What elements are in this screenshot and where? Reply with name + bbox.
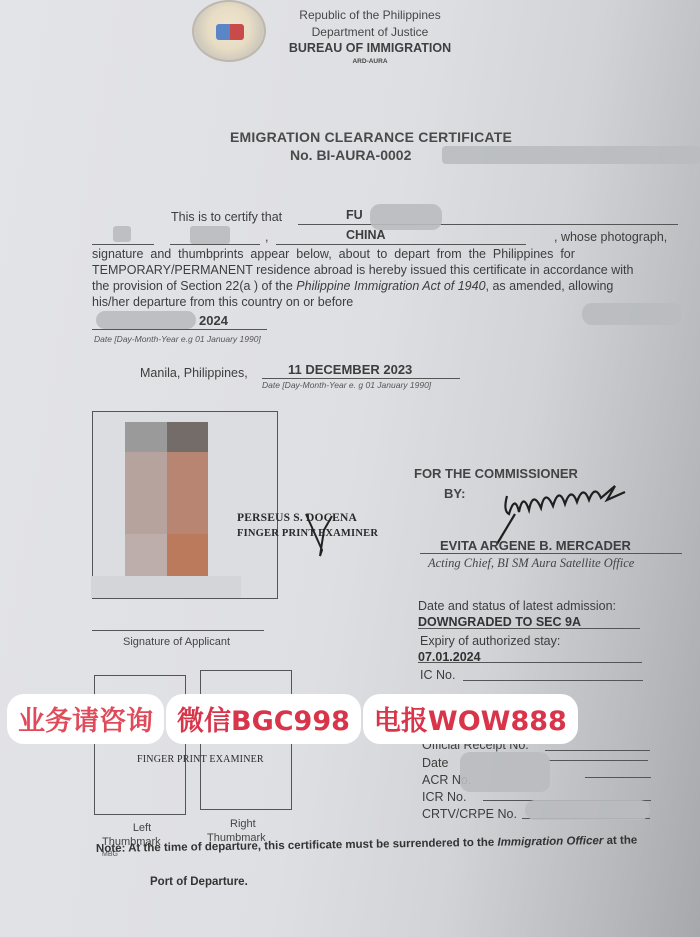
header-republic: Republic of the Philippines: [270, 8, 470, 22]
thumb-examiner-stamp: FINGER PRINT EXAMINER: [137, 754, 264, 765]
status-line: [418, 628, 640, 629]
crtv-label: CRTV/CRPE No.: [422, 807, 517, 821]
departure-date-hint: Date [Day-Month-Year e.g 01 January 1990…: [94, 334, 261, 344]
ic-label: IC No.: [420, 668, 455, 682]
status-label: Date and status of latest admission:: [418, 599, 616, 613]
right-thumb-label-1: Right: [230, 818, 256, 830]
expiry-line: [418, 662, 642, 663]
left-thumbmark-box: [94, 675, 186, 815]
certificate-title: EMIGRATION CLEARANCE CERTIFICATE: [230, 129, 512, 145]
redacted-2: [190, 226, 230, 244]
issue-place: Manila, Philippines,: [140, 366, 248, 380]
status-value: DOWNGRADED TO SEC 9A: [418, 615, 581, 629]
date-label: Date: [422, 756, 448, 770]
redacted-departure-date: [96, 311, 196, 329]
left-thumb-label-1: Left: [127, 822, 157, 834]
examiner-signature-icon: [300, 510, 340, 560]
icr-label: ICR No.: [422, 790, 466, 804]
departure-date-line: [92, 329, 267, 330]
bureau-seal-icon: [192, 0, 266, 62]
header-ard: ARD-AURA: [270, 58, 470, 65]
applicant-signature-line: [92, 630, 264, 631]
header-department: Department of Justice: [270, 25, 470, 39]
commissioner-position: Acting Chief, BI SM Aura Satellite Offic…: [428, 556, 634, 571]
acr-line: [585, 777, 651, 778]
expiry-label: Expiry of authorized stay:: [420, 634, 560, 648]
paragraph-line2: TEMPORARY/PERMANENT residence abroad is …: [92, 263, 633, 277]
applicant-photo: [92, 411, 278, 599]
issue-date-line: [262, 378, 460, 379]
commissioner-name: EVITA ARGENE B. MERCADER: [440, 538, 631, 553]
certify-prefix: This is to certify that: [171, 210, 282, 224]
note-line1: Note: At the time of departure, this cer…: [96, 834, 637, 855]
paragraph-line1: signature and thumbprints appear below, …: [92, 247, 676, 261]
redacted-number: [442, 146, 700, 164]
line-2: [170, 244, 260, 245]
certificate-page: Republic of the Philippines Department o…: [0, 0, 700, 937]
line-1: [92, 244, 154, 245]
whose-photograph: , whose photograph,: [554, 230, 667, 244]
watermark-part2: 微信BGC998: [169, 697, 358, 741]
certificate-number: No. BI-AURA-0002: [290, 147, 411, 163]
redacted-right: [582, 303, 682, 325]
nationality: CHINA: [346, 228, 386, 242]
redacted-name: [370, 204, 442, 230]
ic-line: [463, 680, 643, 681]
redacted-receipt: [460, 752, 550, 792]
act-name: Philippine Immigration Act of 1940: [296, 279, 485, 293]
commissioner-line: [420, 553, 682, 554]
date-line: [548, 760, 648, 761]
watermark-part1: 业务请咨询: [10, 697, 161, 741]
header-bureau: BUREAU OF IMMIGRATION: [270, 41, 470, 55]
nationality-line: [276, 244, 526, 245]
issue-date: 11 DECEMBER 2023: [288, 362, 412, 377]
watermark-banner: 业务请咨询 微信BGC998 电报WOW888: [10, 697, 575, 741]
paragraph-line4: his/her departure from this country on o…: [92, 295, 353, 309]
redacted-1: [113, 226, 131, 242]
issue-date-hint: Date [Day-Month-Year e. g 01 January 199…: [262, 380, 431, 390]
paragraph-line3: the provision of Section 22(a ) of the P…: [92, 279, 613, 293]
watermark-part3: 电报WOW888: [366, 697, 575, 741]
receipt-line: [545, 750, 650, 751]
applicant-name: FU: [346, 208, 363, 222]
redacted-crtv: [525, 800, 650, 820]
name-line: [298, 224, 678, 225]
by-label: BY:: [444, 486, 465, 501]
signature-label: Signature of Applicant: [123, 636, 230, 648]
note-line2: Port of Departure.: [150, 876, 248, 888]
departure-date: 2024: [199, 313, 228, 328]
